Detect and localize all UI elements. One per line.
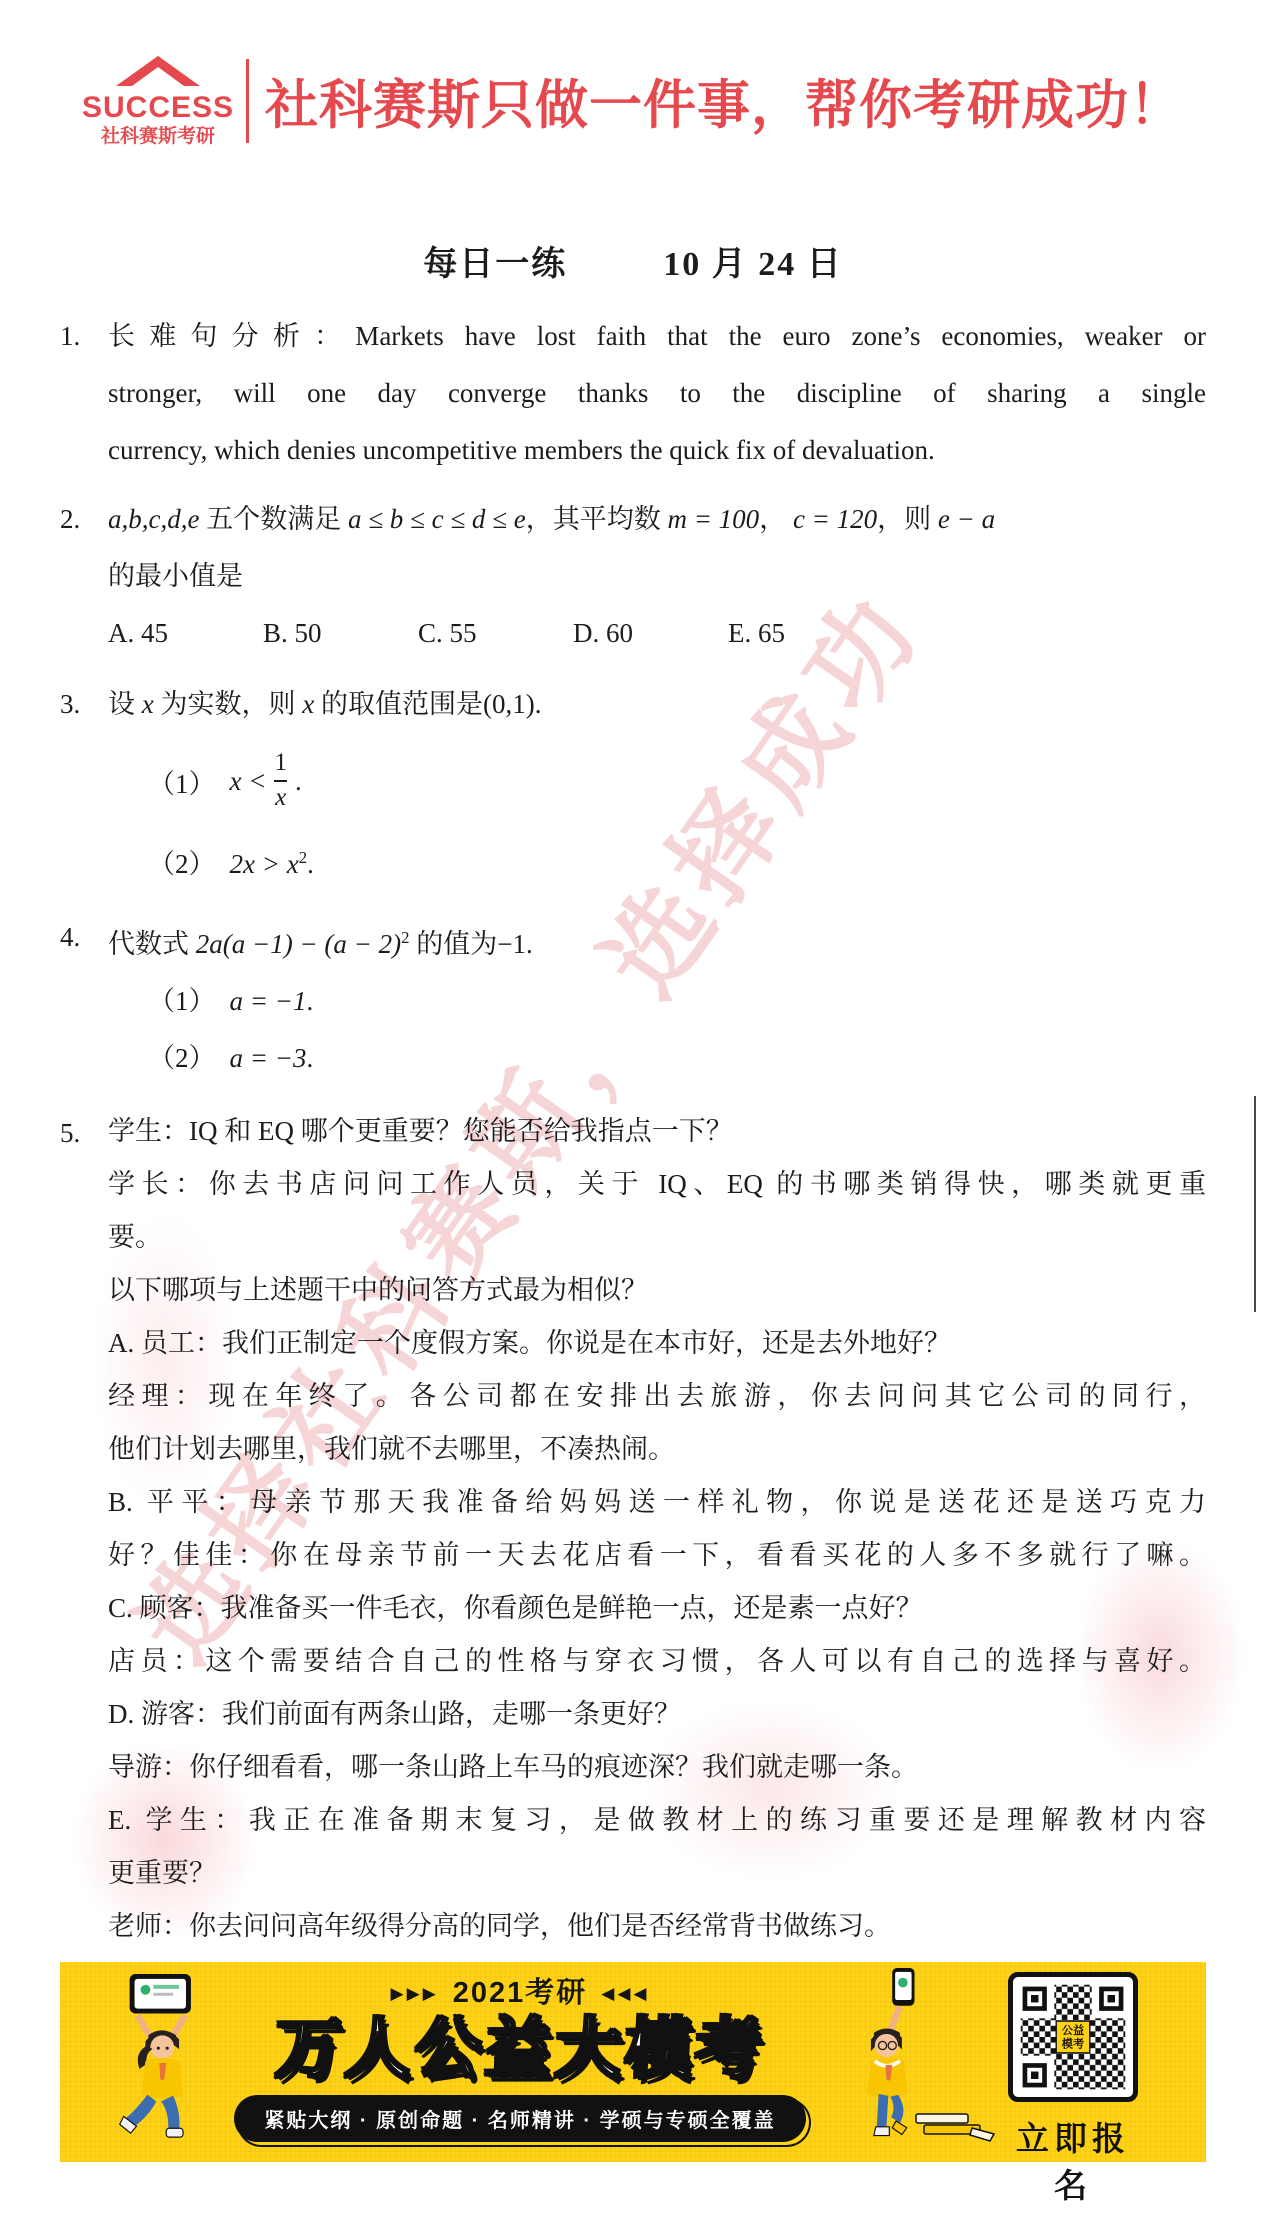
dialogue-line: 店员：这个需要结合自己的性格与穿衣习惯，各人可以有自己的选择与喜好。 (108, 1635, 1206, 1688)
question-stem: 设 x 为实数，则 x 的取值范围是(0,1). (108, 676, 1206, 733)
brand-slogan: 社科赛斯只做一件事，帮你考研成功！ (265, 63, 1183, 139)
question-1: 1. 长难句分析：Markets have lost faith that th… (60, 308, 1206, 479)
page-edge-line (1254, 1096, 1256, 1312)
banner-feature-pill: 紧贴大纲 · 原创命题 · 名师精讲 · 学硕与专硕全覆盖 (234, 2095, 805, 2142)
roof-icon (110, 56, 206, 92)
svg-text:模考: 模考 (1062, 2036, 1084, 2050)
success-logo: SUCCESS 社科赛斯考研 (82, 56, 234, 146)
option-e: E. 65 (728, 605, 883, 662)
dialogue-line: 要。 (108, 1211, 1206, 1264)
option-a-line: A. 员工：我们正制定一个度假方案。你说是在本市好，还是去外地好？ (108, 1317, 1206, 1370)
dialogue-line: 导游：你仔细看看，哪一条山路上车马的痕迹深？我们就走哪一条。 (108, 1741, 1206, 1794)
dialogue-line: 他们计划去哪里，我们就不去哪里，不凑热闹。 (108, 1423, 1206, 1476)
brand-header: SUCCESS 社科赛斯考研 社科赛斯只做一件事，帮你考研成功！ (82, 56, 1206, 146)
question-3: 3. 设 x 为实数，则 x 的取值范围是(0,1). （1） x < 1x .… (60, 676, 1206, 893)
question-number: 2. (60, 491, 108, 662)
title-date: 10 月 24 日 (663, 236, 843, 285)
logo-wordmark: SUCCESS (82, 93, 234, 123)
dialogue-line: 好？佳佳：你在母亲节前一天去花店看一下，看看买花的人多不多就行了嘛。 (108, 1529, 1206, 1582)
signup-cta[interactable]: 立即报名 (998, 2113, 1148, 2207)
option-c-line: C. 顾客：我准备买一件毛衣，你看颜色是鲜艳一点，还是素一点好？ (108, 1582, 1206, 1635)
question-4: 4. 代数式 2a(a −1) − (a − 2)2 的值为−1. （1）a =… (60, 909, 1206, 1087)
condition-2: （2）a = −3. (108, 1030, 1206, 1087)
books-stack-icon (912, 2110, 1002, 2144)
dialogue-line: 老师：你去问问高年级得分高的同学，他们是否经常背书做练习。 (108, 1900, 1206, 1953)
question-stem: 代数式 2a(a −1) − (a − 2)2 的值为−1. (108, 909, 1206, 973)
question-number: 1. (60, 308, 108, 479)
title-daily-practice: 每日一练 (423, 236, 567, 285)
banner-year-label: 2021考研 (453, 1977, 588, 2009)
condition-1: （1） x < 1x . (108, 733, 1206, 829)
condition-2: （2）2x > x2. (108, 829, 1206, 893)
qr-code: 公益 模考 (1008, 1972, 1138, 2102)
option-b-line: B. 平平：母亲节那天我准备给妈妈送一样礼物，你说是送花还是送巧克力 (108, 1476, 1206, 1529)
option-a: A. 45 (108, 605, 263, 662)
header-divider (246, 59, 249, 143)
option-e-line: E. 学生：我正在准备期末复习，是做教材上的练习重要还是理解教材内容 (108, 1794, 1206, 1847)
question-5: 5. 学生：IQ 和 EQ 哪个更重要？您能否给我指点一下？ 学长：你去书店问问… (60, 1105, 1206, 1953)
svg-text:公益: 公益 (1062, 2023, 1085, 2037)
banner-year-row: ▶▶▶2021考研◀◀◀ (210, 1970, 830, 2011)
answer-options: A. 45B. 50C. 55D. 60E. 65 (108, 605, 1206, 662)
illustration-girl-left (96, 1972, 225, 2150)
question-number: 4. (60, 909, 108, 1087)
option-d-line: D. 游客：我们前面有两条山路，走哪一条更好？ (108, 1688, 1206, 1741)
page-title: 每日一练 10 月 24 日 (0, 236, 1266, 285)
signup-block: 公益 模考 立即报名 (998, 1972, 1148, 2207)
banner-headline: 万人公益大模考 (208, 2014, 832, 2083)
dialogue-line: 更重要？ (108, 1847, 1206, 1900)
right-arrows-icon: ◀◀◀ (601, 1984, 649, 2003)
questions-area: 1. 长难句分析：Markets have lost faith that th… (60, 308, 1206, 1953)
dialogue-line: 经理：现在年终了。各公司都在安排出去旅游，你去问问其它公司的同行， (108, 1370, 1206, 1423)
question-number: 3. (60, 676, 108, 893)
dialogue-line: 以下哪项与上述题干中的问答方式最为相似？ (108, 1264, 1206, 1317)
condition-1: （1）a = −1. (108, 973, 1206, 1030)
question-line: 长难句分析：Markets have lost faith that the e… (108, 308, 1206, 365)
banner-text-block: ▶▶▶2021考研◀◀◀ 万人公益大模考 紧贴大纲 · 原创命题 · 名师精讲 … (210, 1970, 830, 2142)
exam-practice-page: 选择社科赛斯，选择成功 SUCCESS 社科赛斯考研 社科赛斯只做一件事，帮你考… (0, 0, 1266, 2233)
question-number: 5. (60, 1105, 108, 1953)
option-d: D. 60 (573, 605, 728, 662)
question-stem-line2: 的最小值是 (108, 548, 1206, 605)
question-line: currency, which denies uncompetitive mem… (108, 422, 1206, 479)
dialogue-line: 学长：你去书店问问工作人员，关于 IQ、EQ 的书哪类销得快，哪类就更重 (108, 1158, 1206, 1211)
dialogue-line: 学生：IQ 和 EQ 哪个更重要？您能否给我指点一下？ (108, 1105, 1206, 1158)
question-line: stronger, will one day converge thanks t… (108, 365, 1206, 422)
question-2: 2. a,b,c,d,e 五个数满足 a ≤ b ≤ c ≤ d ≤ e，其平均… (60, 491, 1206, 662)
fraction: 1x (274, 749, 287, 813)
option-c: C. 55 (418, 605, 573, 662)
option-b: B. 50 (263, 605, 418, 662)
promo-banner[interactable]: ▶▶▶2021考研◀◀◀ 万人公益大模考 紧贴大纲 · 原创命题 · 名师精讲 … (60, 1962, 1206, 2162)
logo-subtitle: 社科赛斯考研 (82, 127, 234, 146)
question-stem: a,b,c,d,e 五个数满足 a ≤ b ≤ c ≤ d ≤ e，其平均数 m… (108, 491, 1206, 548)
left-arrows-icon: ▶▶▶ (391, 1984, 439, 2003)
